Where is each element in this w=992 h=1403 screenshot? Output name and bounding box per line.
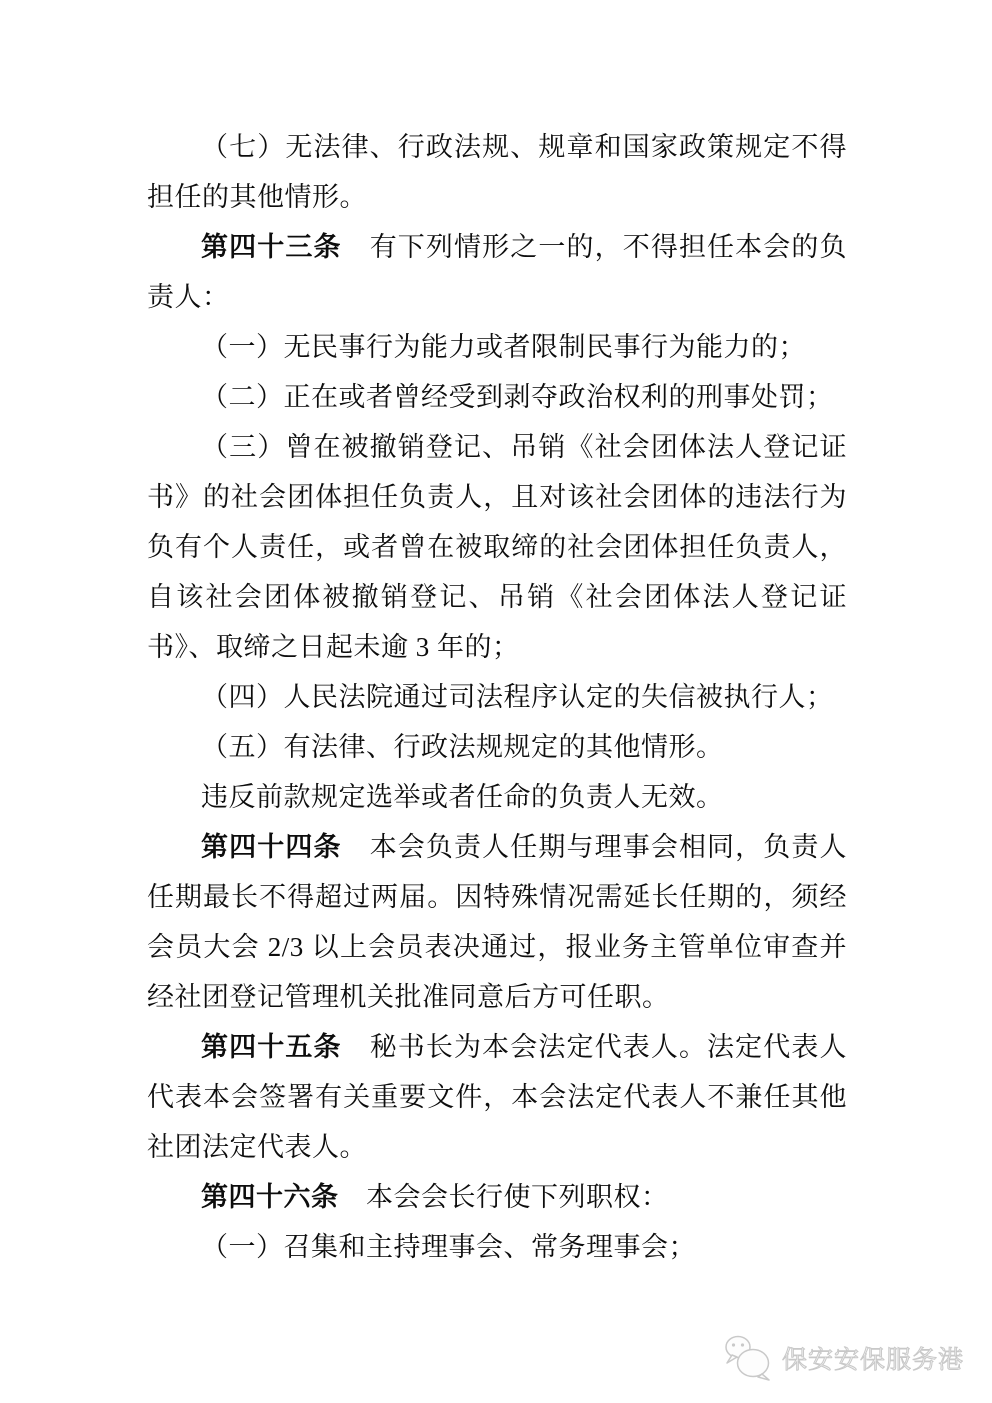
paragraph-article-45: 第四十五条 秘书长为本会法定代表人。法定代表人代表本会签署有关重要文件，本会法定… [147, 1022, 847, 1172]
paragraph-text: （七）无法律、行政法规、规章和国家政策规定不得担任的其他情形。 [147, 132, 847, 212]
paragraph-item-7: （七）无法律、行政法规、规章和国家政策规定不得担任的其他情形。 [147, 122, 847, 222]
paragraph-text: （五）有法律、行政法规规定的其他情形。 [201, 732, 724, 762]
document-body: （七）无法律、行政法规、规章和国家政策规定不得担任的其他情形。第四十三条 有下列… [147, 122, 847, 1272]
paragraph-text: （二）正在或者曾经受到剥夺政治权利的刑事处罚； [201, 382, 834, 412]
paragraph-text: （一）无民事行为能力或者限制民事行为能力的； [201, 332, 806, 362]
paragraph-item-43-4: （四）人民法院通过司法程序认定的失信被执行人； [147, 672, 847, 722]
paragraph-article-46: 第四十六条 本会会长行使下列职权： [147, 1172, 847, 1222]
paragraph-text: （四）人民法院通过司法程序认定的失信被执行人； [201, 682, 834, 712]
article-number: 第四十六条 [201, 1182, 339, 1212]
paragraph-text: 违反前款规定选举或者任命的负责人无效。 [201, 782, 724, 812]
paragraph-item-46-1: （一）召集和主持理事会、常务理事会； [147, 1222, 847, 1272]
paragraph-item-43-2: （二）正在或者曾经受到剥夺政治权利的刑事处罚； [147, 372, 847, 422]
paragraph-text: 本会会长行使下列职权： [339, 1182, 669, 1212]
watermark: 保安安保服务港 [722, 1333, 964, 1383]
article-number: 第四十三条 [201, 232, 342, 262]
paragraph-item-43-5: （五）有法律、行政法规规定的其他情形。 [147, 722, 847, 772]
document-page: （七）无法律、行政法规、规章和国家政策规定不得担任的其他情形。第四十三条 有下列… [0, 0, 992, 1403]
paragraph-article-44: 第四十四条 本会负责人任期与理事会相同，负责人任期最长不得超过两届。因特殊情况需… [147, 822, 847, 1022]
paragraph-item-43-1: （一）无民事行为能力或者限制民事行为能力的； [147, 322, 847, 372]
article-number: 第四十五条 [201, 1032, 342, 1062]
watermark-label: 保安安保服务港 [782, 1340, 964, 1376]
wechat-icon [722, 1333, 774, 1383]
article-number: 第四十四条 [201, 832, 342, 862]
paragraph-text: （一）召集和主持理事会、常务理事会； [201, 1232, 696, 1262]
paragraph-article-43: 第四十三条 有下列情形之一的，不得担任本会的负责人： [147, 222, 847, 322]
paragraph-clause-invalid: 违反前款规定选举或者任命的负责人无效。 [147, 772, 847, 822]
paragraph-item-43-3: （三）曾在被撤销登记、吊销《社会团体法人登记证书》的社会团体担任负责人，且对该社… [147, 422, 847, 672]
paragraph-text: （三）曾在被撤销登记、吊销《社会团体法人登记证书》的社会团体担任负责人，且对该社… [147, 432, 847, 662]
